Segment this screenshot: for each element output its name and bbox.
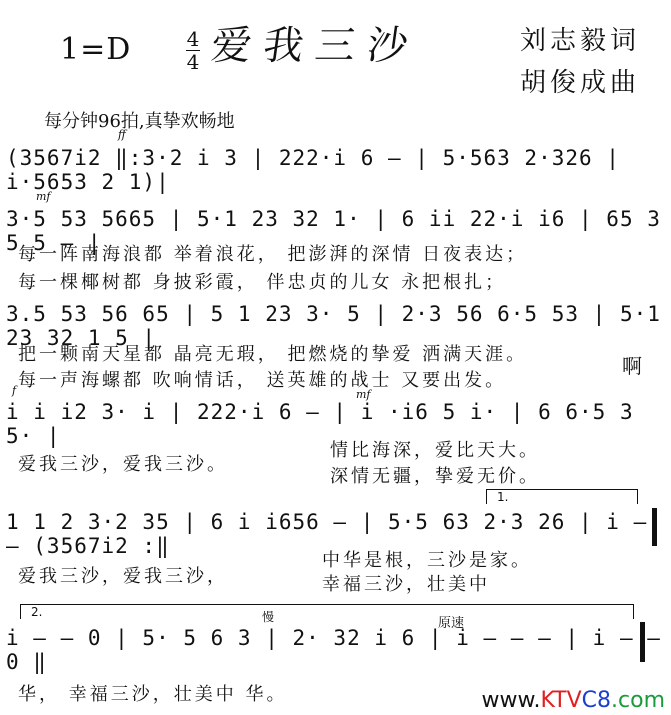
lyric-line-1: 中华是根，三沙是家。 (322, 546, 532, 572)
notation-line-intro: (3567i2 ‖:3·2 i 3 | 222·i 6 — | 5·563 2·… (6, 146, 671, 194)
lyric-line-1: 把一颗南天星都 晶亮无瑕， 把燃烧的挚爱 洒满天涯。 (18, 340, 527, 366)
dynamic-marking: ff (118, 128, 126, 141)
watermark-suffix: .com (611, 688, 665, 713)
composer-credit: 胡俊成曲 (520, 62, 640, 99)
interjection: 啊 (622, 350, 642, 379)
final-barline (640, 622, 645, 662)
volta-bracket-1: 1. (486, 489, 638, 504)
time-signature-bottom: 4 (187, 50, 200, 74)
time-signature-top: 4 (187, 27, 200, 51)
dynamic-marking: mf (36, 190, 51, 203)
lyricist-credit: 刘志毅词 (520, 20, 640, 57)
lyric-line-2: 每一声海螺都 吹响情话， 送英雄的战士 又要出发。 (18, 366, 506, 392)
site-watermark: www.KTVC8.com (481, 688, 665, 713)
notation-line-ending: i — — 0 | 5· 5 6 3 | 2· 32 i 6 | i — — —… (6, 626, 671, 674)
lyric-line-chorus: 爱我三沙，爱我三沙， (18, 562, 228, 588)
expression-marking: 慢 (262, 608, 274, 625)
song-title: 爱我三沙 (208, 14, 424, 71)
lyric-line-1: 每一阵南海浪都 举着浪花， 把澎湃的深情 日夜表达； (18, 240, 527, 266)
watermark-brand-ktv: KTV (540, 688, 581, 713)
lyric-line-2: 每一棵椰树都 身披彩霞， 伴忠贞的儿女 永把根扎； (18, 268, 506, 294)
repeat-barline (652, 508, 657, 546)
lyric-line-2: 幸福三沙，壮美中 (322, 570, 490, 596)
key-signature: 1=D (60, 32, 131, 67)
tempo-marking: 每分钟96拍,真挚欢畅地 (44, 107, 235, 133)
lyric-line-1: 情比海深，爱比天大。 (330, 436, 540, 462)
lyric-line-2: 深情无疆，挚爱无价。 (330, 462, 540, 488)
volta-bracket-2: 2. (20, 604, 634, 619)
watermark-prefix: www. (481, 688, 540, 713)
lyric-line-ending: 华， 幸福三沙，壮美中 华。 (18, 680, 287, 706)
watermark-brand-c8: C8 (582, 688, 611, 713)
lyric-line-chorus: 爱我三沙，爱我三沙。 (18, 450, 228, 476)
time-signature: 4 4 (186, 28, 200, 73)
dynamic-marking: f (12, 384, 16, 397)
